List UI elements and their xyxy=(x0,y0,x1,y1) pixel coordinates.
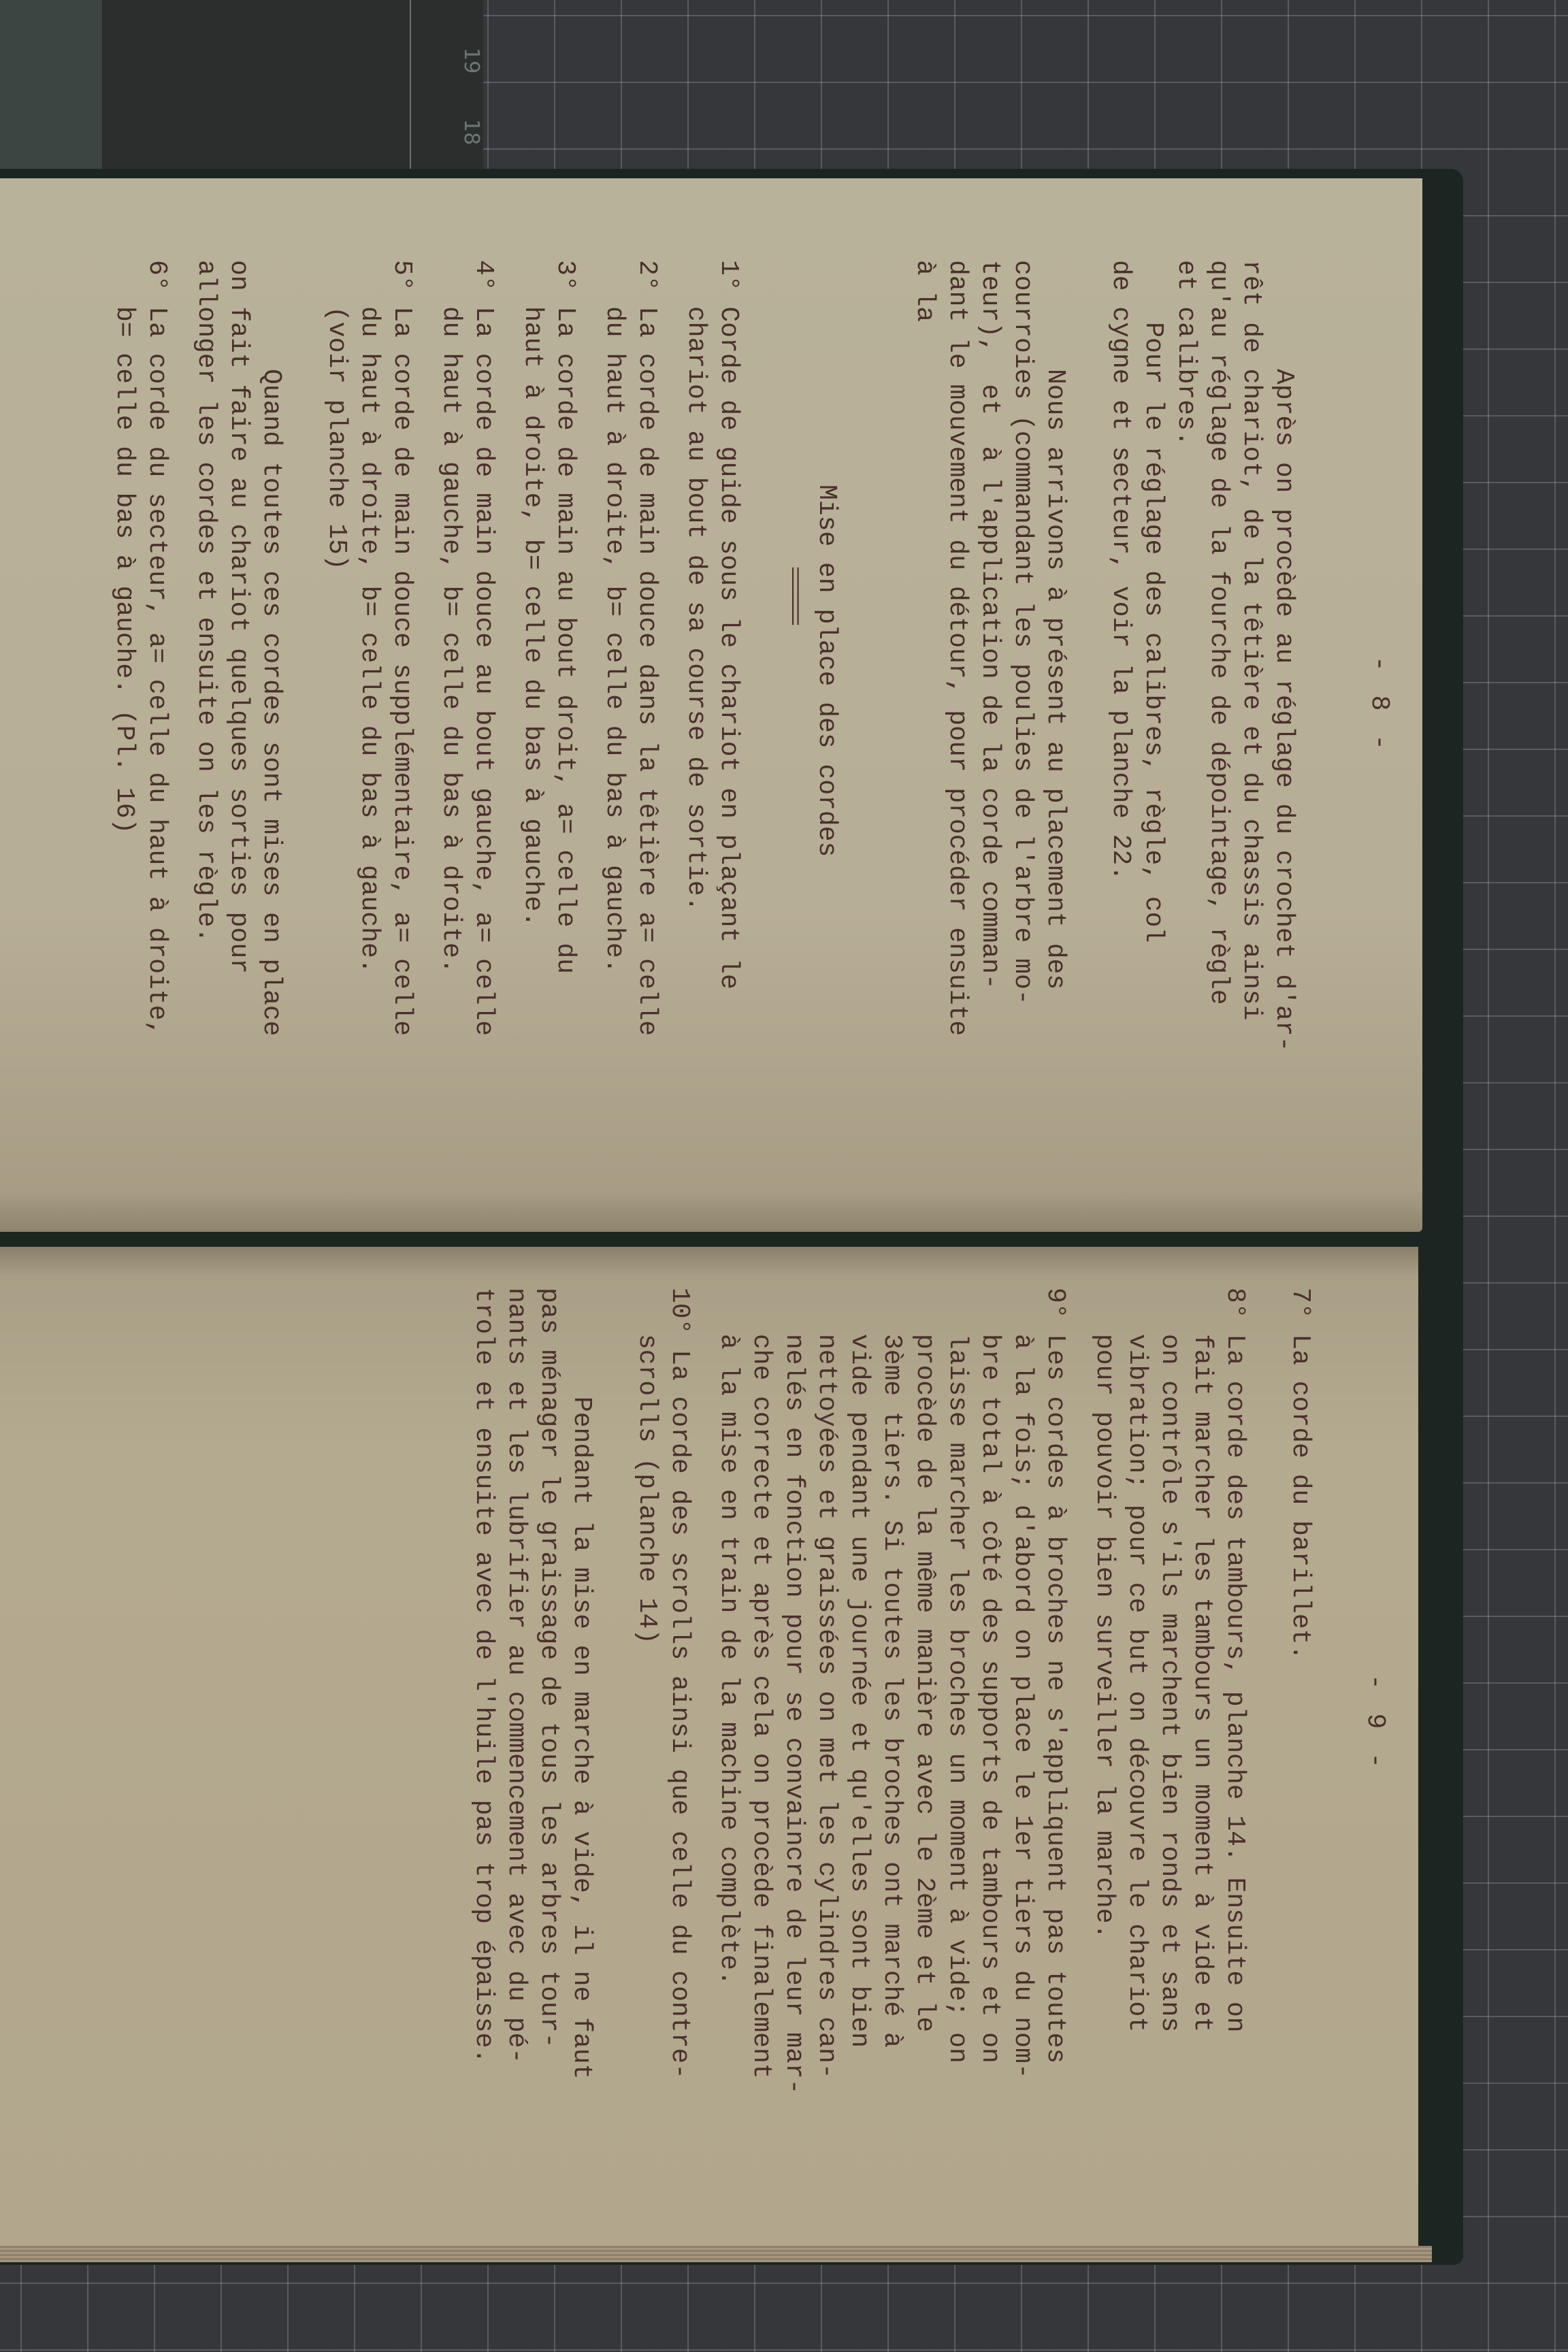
list-item-line: haut à droite, b= celle du bas à gauche. xyxy=(516,260,549,1177)
list-item-line: 3ème tiers. Si toutes les broches ont ma… xyxy=(875,1288,908,2200)
list-item-line: nettoyées et graissées on met les cylind… xyxy=(810,1288,843,2200)
list-item-line: laisse marcher les broches un moment à v… xyxy=(941,1288,973,2200)
spacer xyxy=(287,260,304,1177)
text-line: allonger les cordes et ensuite on les rè… xyxy=(189,260,222,1177)
list-item-line: du haut à droite, b= celle du bas à gauc… xyxy=(598,260,630,1177)
text-line: rêt de chariot, de la têtière et du chas… xyxy=(1235,260,1267,1177)
list-item-line: 1° Corde de guide sous le chariot en pla… xyxy=(712,260,745,1177)
text-line: et calibres. xyxy=(1169,260,1202,1177)
list-item-line: vibration; pour ce but on découvre le ch… xyxy=(1120,1288,1153,2200)
spacer xyxy=(1071,1288,1088,2200)
list-item-line: pour pouvoir bien surveiller la marche. xyxy=(1088,1288,1120,2200)
text-line: à la xyxy=(908,260,941,1177)
text-line: teur), et à l'application de la corde co… xyxy=(973,260,1006,1177)
list-item-line: chariot au bout de sa course de sortie. xyxy=(679,260,712,1177)
spacer xyxy=(418,260,434,1177)
heading-underline: ====== xyxy=(777,260,810,1177)
spacer xyxy=(581,260,598,1177)
spacer xyxy=(663,260,679,1177)
list-item-line: fait marcher les tambours un moment à vi… xyxy=(1186,1288,1218,2200)
text-line: Pour le réglage des calibres, règle, col xyxy=(1137,260,1169,1177)
page-number: - 8 - xyxy=(1362,178,1395,1232)
list-item-line: b= celle du bas à gauche. (Pl. 16) xyxy=(108,260,140,1177)
list-item-line: 5° La corde de main douce supplémentaire… xyxy=(385,260,418,1177)
list-item-line: 3° La corde de main au bout droit, a= ce… xyxy=(549,260,581,1177)
text-line: dant le mouvement du détour, pour procéd… xyxy=(941,260,973,1177)
text-line: pas ménager le graissage de tous les arb… xyxy=(532,1288,565,2200)
list-item-line: à la mise en train de la machine complèt… xyxy=(712,1288,745,2200)
spacer xyxy=(598,1288,630,2200)
list-item-line: bre total à côté des supports de tambour… xyxy=(973,1288,1006,2200)
page-number: - 9 - xyxy=(1358,1220,1391,2227)
list-item-line: à la fois; d'abord on place le 1er tiers… xyxy=(1006,1288,1039,2200)
text-line: Nous arrivons à présent au placement des xyxy=(1039,260,1071,1177)
book-spread: - 8 - Après on procède au réglage du cro… xyxy=(0,0,1568,2352)
page-9: - 9 - 7° La corde du barillet.8° La cord… xyxy=(0,1247,1418,2254)
page-block-edges xyxy=(0,2246,1432,2262)
list-item-line: che correcte et après cela on procède fi… xyxy=(745,1288,777,2200)
list-item-line: 4° La corde de main douce au bout gauche… xyxy=(467,260,500,1177)
list-item-line: du haut à droite, b= celle du bas à gauc… xyxy=(353,260,385,1177)
list-item-line: 9° Les cordes à broches ne s'appliquent … xyxy=(1039,1288,1071,2200)
text-line: Après on procède au réglage du crochet d… xyxy=(1267,260,1300,1177)
text-line: nants et les lubrifier au commencement a… xyxy=(500,1288,532,2200)
spacer xyxy=(173,260,189,1177)
list-item-line: 6° La corde du secteur, a= celle du haut… xyxy=(140,260,173,1177)
list-item-line: 2° La corde de main douce dans la têtièr… xyxy=(630,260,663,1177)
text-line: de cygne et secteur, voir la planche 22. xyxy=(1104,260,1137,1177)
list-item-line: du haut à gauche, b= celle du bas à droi… xyxy=(434,260,467,1177)
section-heading: Mise en place des cordes xyxy=(810,260,843,1177)
text-line: courroies (commandant les poulies de l'a… xyxy=(1006,260,1039,1177)
text-line: on fait faire au chariot quelques sortie… xyxy=(222,260,255,1177)
spacer xyxy=(1251,1288,1284,2200)
list-item-line: (voir planche 15) xyxy=(320,260,353,1177)
text-line: qu'au réglage de la fourche de dépointag… xyxy=(1202,260,1235,1177)
page-8-content: Après on procède au réglage du crochet d… xyxy=(108,260,1300,1177)
list-item-line: procède de la même manière avec le 2ème … xyxy=(908,1288,941,2200)
text-line: Pendant la mise en marche à vide, il ne … xyxy=(565,1288,598,2200)
text-line: Quand toutes ces cordes sont mises en pl… xyxy=(255,260,287,1177)
list-item-line: on contrôle s'ils marchent bien ronds et… xyxy=(1153,1288,1186,2200)
spacer xyxy=(696,1288,712,2200)
spacer xyxy=(500,260,516,1177)
spacer xyxy=(1071,260,1104,1177)
list-item-line: nelés en fonction pour se convaincre de … xyxy=(777,1288,810,2200)
text-line: trole et ensuite avec de l'huile pas tro… xyxy=(467,1288,500,2200)
list-item-line: 8° La corde des tambours, planche 14. En… xyxy=(1218,1288,1251,2200)
spacer xyxy=(843,260,875,1177)
page-9-content: 7° La corde du barillet.8° La corde des … xyxy=(467,1288,1316,2200)
spacer xyxy=(875,260,908,1177)
spacer xyxy=(304,260,320,1177)
page-8: - 8 - Après on procède au réglage du cro… xyxy=(0,178,1422,1232)
list-item-line: 10° La corde des scrolls ainsi que celle… xyxy=(663,1288,696,2200)
list-item-line: scrolls (planche 14) xyxy=(630,1288,663,2200)
list-item-line: vide pendant une journée et qu'elles son… xyxy=(843,1288,875,2200)
spacer xyxy=(745,260,777,1177)
list-item-line: 7° La corde du barillet. xyxy=(1284,1288,1316,2200)
